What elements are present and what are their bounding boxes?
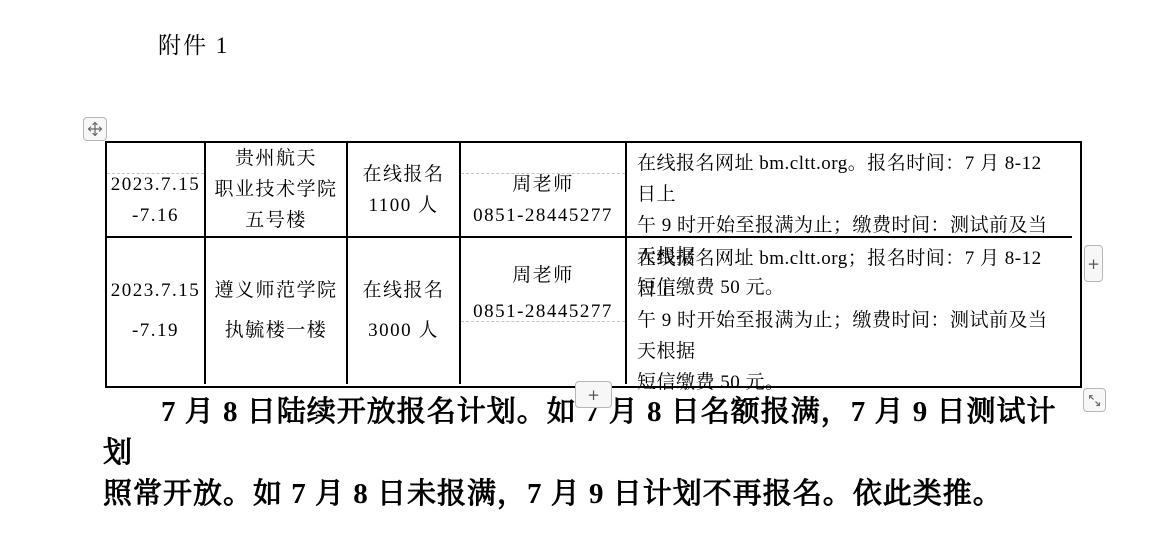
contact-name: 周老师 [512, 169, 574, 200]
plus-icon: + [587, 386, 600, 404]
contact-phone: 0851-28445277 [473, 200, 613, 231]
cell-contact-row2[interactable]: 周老师 0851-28445277 [461, 238, 627, 384]
capacity-line: 1100 人 [368, 190, 438, 221]
capacity-line: 在线报名 [362, 271, 444, 311]
plus-icon: + [1087, 255, 1100, 273]
location-line: 贵州航天 [235, 143, 317, 174]
location-line: 五号楼 [245, 205, 307, 236]
attachment-title[interactable]: 附件 1 [158, 27, 229, 60]
add-column-button[interactable]: + [1084, 245, 1103, 282]
table-resize-handle[interactable] [1083, 388, 1106, 412]
cell-date-row2[interactable]: 2023.7.15 -7.19 [107, 238, 206, 384]
date-line: 2023.7.15 [111, 169, 201, 200]
cell-contact-row1[interactable]: 周老师 0851-28445277 [461, 143, 627, 238]
date-line: 2023.7.15 [111, 271, 201, 311]
location-line: 遵义师范学院 [214, 271, 337, 311]
table-move-handle[interactable] [83, 117, 107, 141]
info-line: 在线报名网址 bm.cltt.org；报名时间：7 月 8-12 日上 [637, 243, 1063, 305]
cell-location-row2[interactable]: 遵义师范学院 执毓楼一楼 [206, 238, 348, 384]
date-line: -7.19 [132, 311, 179, 351]
note-paragraph[interactable]: 7 月 8 日陆续开放报名计划。如 7 月 8 日名额报满，7 月 9 日测试计… [103, 392, 1085, 515]
cell-info-row2[interactable]: 在线报名网址 bm.cltt.org；报名时间：7 月 8-12 日上 午 9 … [627, 238, 1072, 384]
add-row-button[interactable]: + [575, 381, 612, 408]
date-line: -7.16 [132, 200, 179, 231]
document-page: 附件 1 2023.7.15 -7.16 贵州航天 职业技术学院 五号楼 在线报 [0, 0, 1157, 551]
note-line: 照常开放。如 7 月 8 日未报满，7 月 9 日计划不再报名。依此类推。 [103, 474, 1085, 515]
cell-date-row1[interactable]: 2023.7.15 -7.16 [107, 143, 206, 238]
location-line: 职业技术学院 [214, 174, 337, 205]
location-line: 执毓楼一楼 [225, 311, 328, 351]
contact-phone: 0851-28445277 [473, 294, 613, 330]
schedule-table: 2023.7.15 -7.16 贵州航天 职业技术学院 五号楼 在线报名 110… [105, 141, 1082, 388]
cell-location-row1[interactable]: 贵州航天 职业技术学院 五号楼 [206, 143, 348, 238]
capacity-line: 在线报名 [362, 159, 444, 190]
info-line: 午 9 时开始至报满为止；缴费时间：测试前及当天根据 [637, 305, 1063, 367]
contact-name: 周老师 [512, 258, 574, 294]
capacity-line: 3000 人 [368, 311, 439, 351]
resize-diagonal-icon [1087, 393, 1102, 408]
move-icon [87, 121, 103, 137]
cell-capacity-row1[interactable]: 在线报名 1100 人 [348, 143, 461, 238]
cell-capacity-row2[interactable]: 在线报名 3000 人 [348, 238, 461, 384]
cell-info-row1[interactable]: 在线报名网址 bm.cltt.org。报名时间：7 月 8-12 日上 午 9 … [627, 143, 1072, 238]
info-line: 在线报名网址 bm.cltt.org。报名时间：7 月 8-12 日上 [637, 148, 1063, 210]
